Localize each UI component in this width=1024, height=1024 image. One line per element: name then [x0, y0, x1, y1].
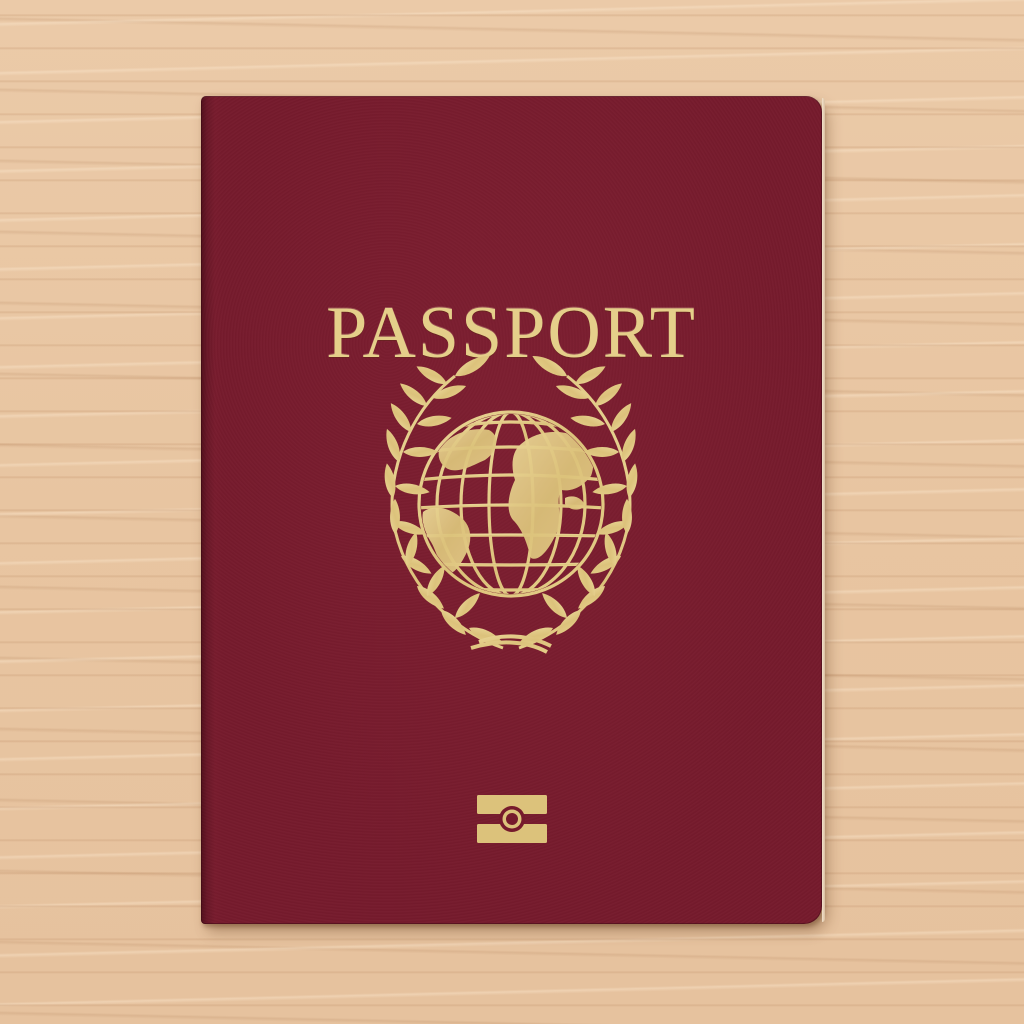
spine-shade: [201, 96, 215, 924]
globe-wreath-emblem-icon: [351, 352, 671, 662]
passport-cover: PASSPORT: [201, 96, 822, 924]
biometric-chip-icon: [477, 795, 547, 843]
